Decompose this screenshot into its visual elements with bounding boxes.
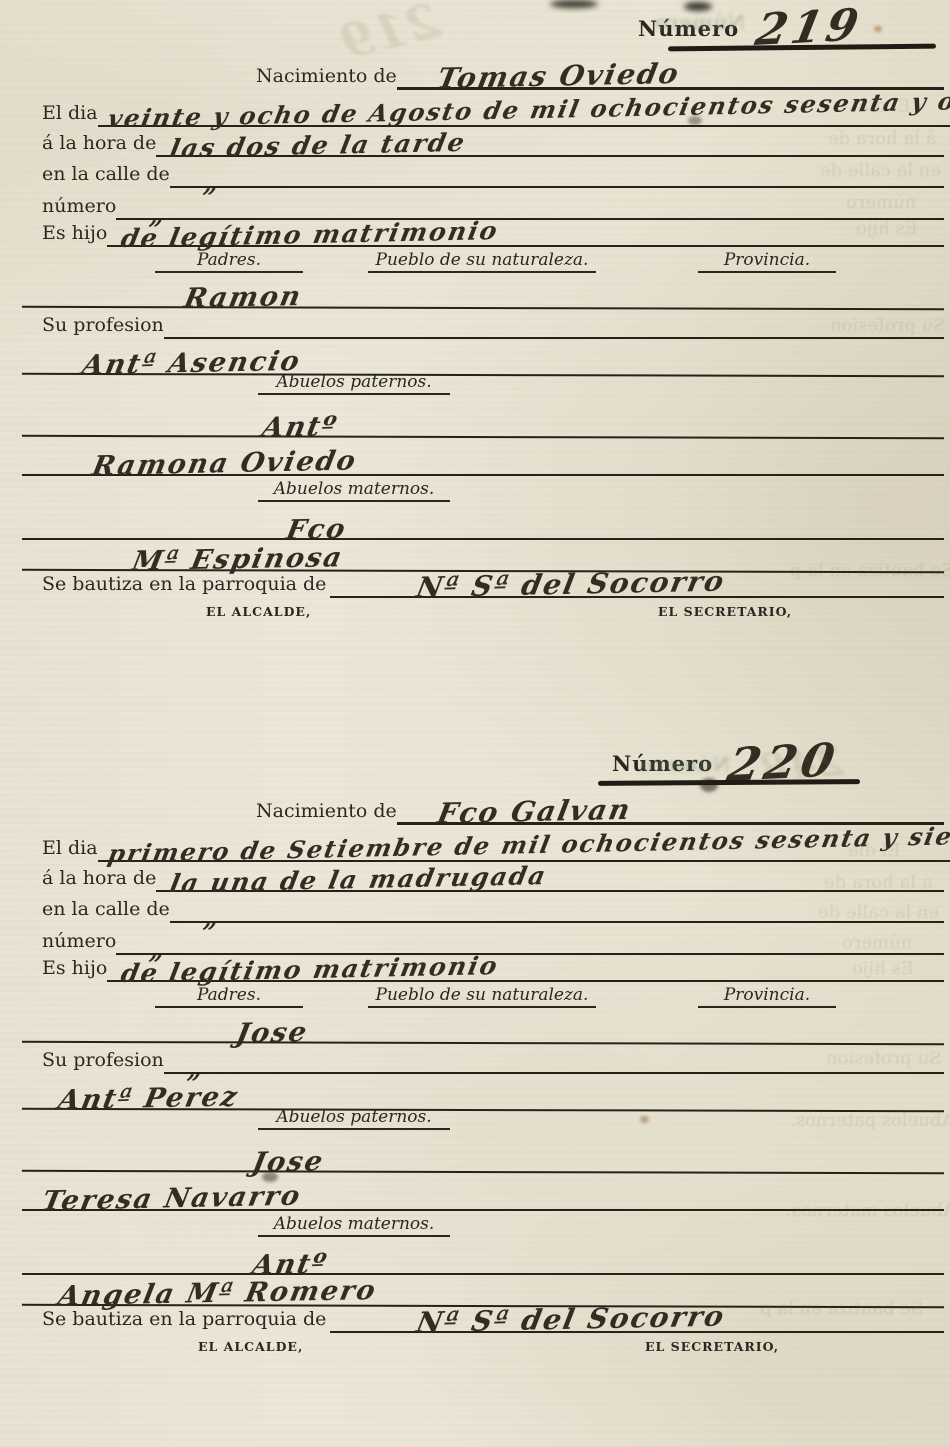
rust-stain xyxy=(874,26,882,32)
numero-calle-row: número „ xyxy=(0,188,950,220)
nacimiento-line: Tomas Oviedo xyxy=(397,65,944,90)
mother-name: Antª Perez xyxy=(56,1084,241,1114)
nacimiento-row: Nacimiento de Fco Galvan xyxy=(0,785,950,825)
numero-calle-row: número „ xyxy=(0,923,950,955)
calle-row: en la calle de „ xyxy=(0,157,950,188)
ink-blot xyxy=(700,778,718,792)
abuelos-paternos-header: Abuelos paternos. xyxy=(258,372,450,395)
padre-row: Jose xyxy=(22,1007,944,1045)
nacimiento-label: Nacimiento de xyxy=(256,67,397,90)
secretario-signature-label: EL SECRETARIO, xyxy=(658,604,792,619)
madre-row: Antª Perez xyxy=(22,1073,944,1112)
birth-record-220: Número 220 Nacimiento de Fco Galvan El d… xyxy=(0,735,950,1363)
pueblo-header: Pueblo de su naturaleza. xyxy=(368,985,596,1008)
provincia-header: Provincia. xyxy=(698,985,836,1008)
ledger-page: Número 219 Nacimiento de Tomas Oviedo El… xyxy=(0,0,950,1447)
abuelo-paterno-row: Antº xyxy=(22,394,944,439)
signature-row: EL ALCALDE, EL SECRETARIO, xyxy=(0,598,950,628)
hora-line: las dos de la tarde xyxy=(156,136,944,157)
maternal-grandmother-name: Angela Mª Romero xyxy=(56,1277,379,1310)
padres-header: Padres. xyxy=(155,250,303,273)
bleed-text: Se bautiza en la p xyxy=(760,1298,923,1319)
bleed-text: número xyxy=(842,932,912,953)
dia-label: El dia xyxy=(42,839,98,862)
profesion-row: Su profesion xyxy=(0,309,950,339)
abuelo-materno-row: Antº xyxy=(22,1237,944,1275)
pueblo-header: Pueblo de su naturaleza. xyxy=(368,250,596,273)
birth-date: veinte y ocho de Agosto de mil ochocient… xyxy=(106,88,950,131)
bleed-text: Es hijo xyxy=(856,218,918,239)
bleed-text: Es hijo xyxy=(852,958,914,979)
hora-row: á la hora de la una de la madrugada xyxy=(0,862,950,892)
abuelos-maternos-header-row: Abuelos maternos. xyxy=(0,476,950,502)
parish-name: Nª Sª del Socorro xyxy=(414,568,728,602)
nacimiento-label: Nacimiento de xyxy=(256,802,397,825)
child-name: Fco Galvan xyxy=(435,796,634,828)
bleed-text-numero: Número xyxy=(655,10,746,34)
rust-stain xyxy=(640,1116,649,1123)
signature-row: EL ALCALDE, EL SECRETARIO, xyxy=(0,1333,950,1363)
maternal-grandmother-name: Mª Espinosa xyxy=(130,544,346,575)
profesion-label: Su profesion xyxy=(42,316,164,339)
abuela-paterna-row: Ramona Oviedo xyxy=(22,438,944,476)
calle-label: en la calle de xyxy=(42,165,170,188)
bleed-text: Abuelos maternos. xyxy=(786,1200,950,1221)
record-number-row: Número 219 xyxy=(0,0,950,50)
calle-label: en la calle de xyxy=(42,900,170,923)
calle-row: en la calle de „ xyxy=(0,892,950,923)
numero-calle-line: „ xyxy=(116,204,944,220)
birth-date: primero de Setiembre de mil ochocientos … xyxy=(106,824,950,866)
dia-line: primero de Setiembre de mil ochocientos … xyxy=(98,842,950,862)
numero-calle-label: número xyxy=(42,197,116,220)
es-hijo-line: de legítimo matrimonio xyxy=(107,226,944,247)
dia-row: El dia veinte y ocho de Agosto de mil oc… xyxy=(0,90,950,127)
alcalde-signature-label: EL ALCALDE, xyxy=(198,1339,303,1354)
hora-label: á la hora de xyxy=(42,134,156,157)
bleed-text: número xyxy=(846,192,916,213)
abuelos-paternos-header: Abuelos paternos. xyxy=(258,1107,450,1130)
abuelo-paterno-row: Jose xyxy=(22,1129,944,1174)
column-headers-row: Padres. Pueblo de su naturaleza. Provinc… xyxy=(0,247,950,273)
abuelos-paternos-header-row: Abuelos paternos. xyxy=(0,376,950,395)
numero-calle-label: número xyxy=(42,932,116,955)
bleed-text: á la hora de xyxy=(828,128,936,149)
nacimiento-row: Nacimiento de Tomas Oviedo xyxy=(0,50,950,90)
bleed-text: en la calle de xyxy=(818,902,939,923)
bleed-text: Su profesion xyxy=(830,315,945,336)
bleed-text: El dia xyxy=(858,96,911,117)
provincia-header: Provincia. xyxy=(698,250,836,273)
padres-header: Padres. xyxy=(155,985,303,1008)
dia-line: veinte y ocho de Agosto de mil ochocient… xyxy=(98,107,950,127)
column-headers-row: Padres. Pueblo de su naturaleza. Provinc… xyxy=(0,982,950,1008)
bleed-text: Su profesion xyxy=(826,1048,941,1069)
bautizo-label: Se bautiza en la parroquia de xyxy=(42,575,326,598)
parish-name: Nª Sª del Socorro xyxy=(414,1303,728,1337)
profesion-row: Su profesion „ xyxy=(0,1044,950,1074)
bleed-handwriting: 248 xyxy=(758,738,846,793)
abuelos-maternos-header: Abuelos maternos. xyxy=(258,479,450,502)
es-hijo-label: Es hijo xyxy=(42,224,107,247)
bleed-text: Abuelos paternos. xyxy=(790,1110,950,1131)
child-name: Tomas Oviedo xyxy=(435,60,682,93)
padre-row: Ramon xyxy=(22,272,944,310)
es-hijo-row: Es hijo de legítimo matrimonio xyxy=(0,955,950,982)
bleed-text: Se bautiza en la p xyxy=(790,560,950,581)
dia-row: El dia primero de Setiembre de mil ochoc… xyxy=(0,825,950,862)
ink-stain xyxy=(688,116,702,125)
nacimiento-line: Fco Galvan xyxy=(397,800,944,825)
alcalde-signature-label: EL ALCALDE, xyxy=(206,604,311,619)
secretario-signature-label: EL SECRETARIO, xyxy=(645,1339,779,1354)
hora-label: á la hora de xyxy=(42,869,156,892)
birth-record-219: Número 219 Nacimiento de Tomas Oviedo El… xyxy=(0,0,950,628)
hora-row: á la hora de las dos de la tarde xyxy=(0,127,950,157)
bleed-text: á la hora de xyxy=(824,872,932,893)
es-hijo-row: Es hijo de legítimo matrimonio xyxy=(0,220,950,247)
abuelo-materno-row: Fco xyxy=(22,502,944,540)
ink-smudge xyxy=(550,0,598,8)
abuelos-maternos-header: Abuelos maternos. xyxy=(258,1214,450,1237)
dia-label: El dia xyxy=(42,104,98,127)
bleed-text: en la calle de xyxy=(820,160,941,181)
father-name: Ramon xyxy=(182,283,305,312)
numero-calle-line: „ xyxy=(116,939,944,955)
es-hijo-line: de legítimo matrimonio xyxy=(107,961,944,982)
profesion-label: Su profesion xyxy=(42,1051,164,1074)
madre-row: Antª Asencio xyxy=(22,338,944,377)
ink-smudge xyxy=(684,2,712,11)
bautizo-label: Se bautiza en la parroquia de xyxy=(42,1310,326,1333)
bleed-text-numero: Número xyxy=(640,752,731,776)
bleed-text: El dia xyxy=(848,840,901,861)
es-hijo-label: Es hijo xyxy=(42,959,107,982)
ink-blot xyxy=(262,1172,278,1182)
